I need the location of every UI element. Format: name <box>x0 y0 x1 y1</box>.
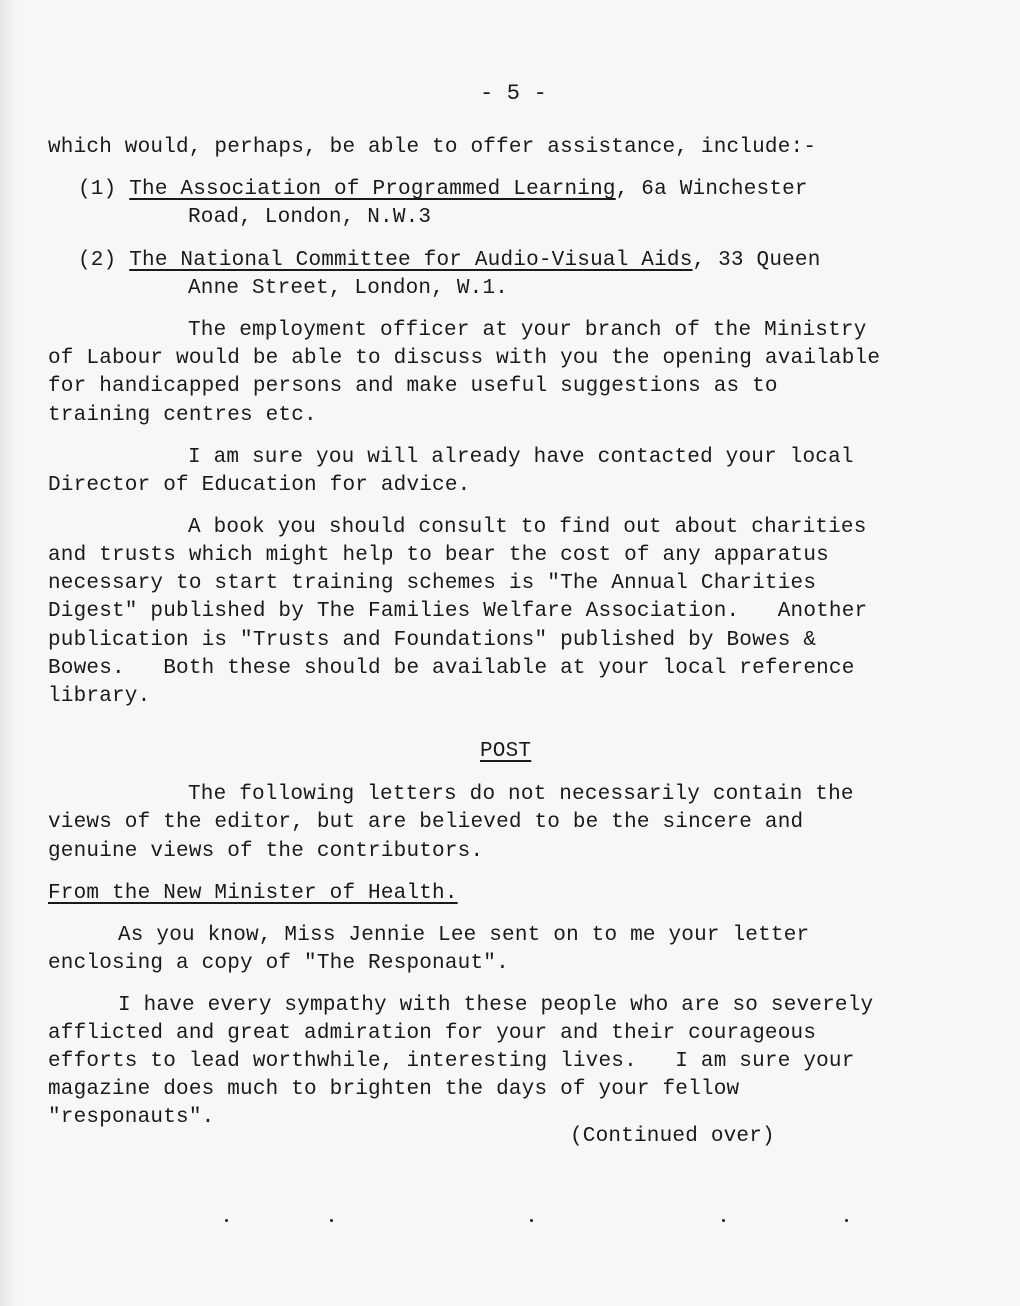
organisation-2: (2) The National Committee for Audio-Vis… <box>78 247 821 275</box>
post-intro-line: The following letters do not necessarily… <box>188 781 854 809</box>
dot <box>722 1219 725 1222</box>
organisation-1: (1) The Association of Programmed Learni… <box>78 176 808 204</box>
director-paragraph-line: Director of Education for advice. <box>48 472 470 500</box>
book-paragraph-line: A book you should consult to find out ab… <box>188 514 867 542</box>
letter-line: As you know, Miss Jennie Lee sent on to … <box>118 922 809 950</box>
document-page: - 5 - which would, perhaps, be able to o… <box>0 0 1020 1306</box>
dot <box>330 1219 333 1222</box>
dot <box>845 1219 848 1222</box>
organisation-1-address: Road, London, N.W.3 <box>188 204 431 232</box>
page-edge-shadow <box>0 0 18 1306</box>
book-paragraph-line: Digest" published by The Families Welfar… <box>48 598 867 626</box>
org-address: , 6a Winchester <box>616 178 808 201</box>
continued-note: (Continued over) <box>570 1123 775 1151</box>
letter-line: afflicted and great admiration for your … <box>48 1020 816 1048</box>
employment-paragraph-line: training centres etc. <box>48 402 317 430</box>
org-name: The Association of Programmed Learning <box>129 178 615 201</box>
employment-paragraph-line: of Labour would be able to discuss with … <box>48 345 880 373</box>
org-number: (2) <box>78 249 116 272</box>
book-paragraph-line: Bowes. Both these should be available at… <box>48 655 855 683</box>
letter-line: "responauts". <box>48 1104 214 1132</box>
letter-line: enclosing a copy of "The Responaut". <box>48 950 509 978</box>
post-heading: POST <box>480 738 531 766</box>
letter-heading: From the New Minister of Health. <box>48 880 458 908</box>
book-paragraph-line: library. <box>48 683 150 711</box>
book-paragraph-line: publication is "Trusts and Foundations" … <box>48 627 816 655</box>
employment-paragraph-line: for handicapped persons and make useful … <box>48 373 778 401</box>
intro-line: which would, perhaps, be able to offer a… <box>48 134 816 162</box>
letter-line: I have every sympathy with these people … <box>118 992 873 1020</box>
organisation-2-address: Anne Street, London, W.1. <box>188 275 508 303</box>
book-paragraph-line: and trusts which might help to bear the … <box>48 542 829 570</box>
post-intro-line: genuine views of the contributors. <box>48 838 483 866</box>
org-address: , 33 Queen <box>693 249 821 272</box>
book-paragraph-line: necessary to start training schemes is "… <box>48 570 816 598</box>
dot <box>225 1219 228 1222</box>
letter-line: magazine does much to brighten the days … <box>48 1076 739 1104</box>
letter-line: efforts to lead worthwhile, interesting … <box>48 1048 855 1076</box>
org-number: (1) <box>78 178 116 201</box>
employment-paragraph-line: The employment officer at your branch of… <box>188 317 867 345</box>
dot <box>530 1219 533 1222</box>
decorative-dots <box>0 1215 1020 1225</box>
director-paragraph-line: I am sure you will already have contacte… <box>188 444 854 472</box>
org-name: The National Committee for Audio-Visual … <box>129 249 692 272</box>
post-intro-line: views of the editor, but are believed to… <box>48 809 803 837</box>
page-number: - 5 - <box>480 80 547 108</box>
